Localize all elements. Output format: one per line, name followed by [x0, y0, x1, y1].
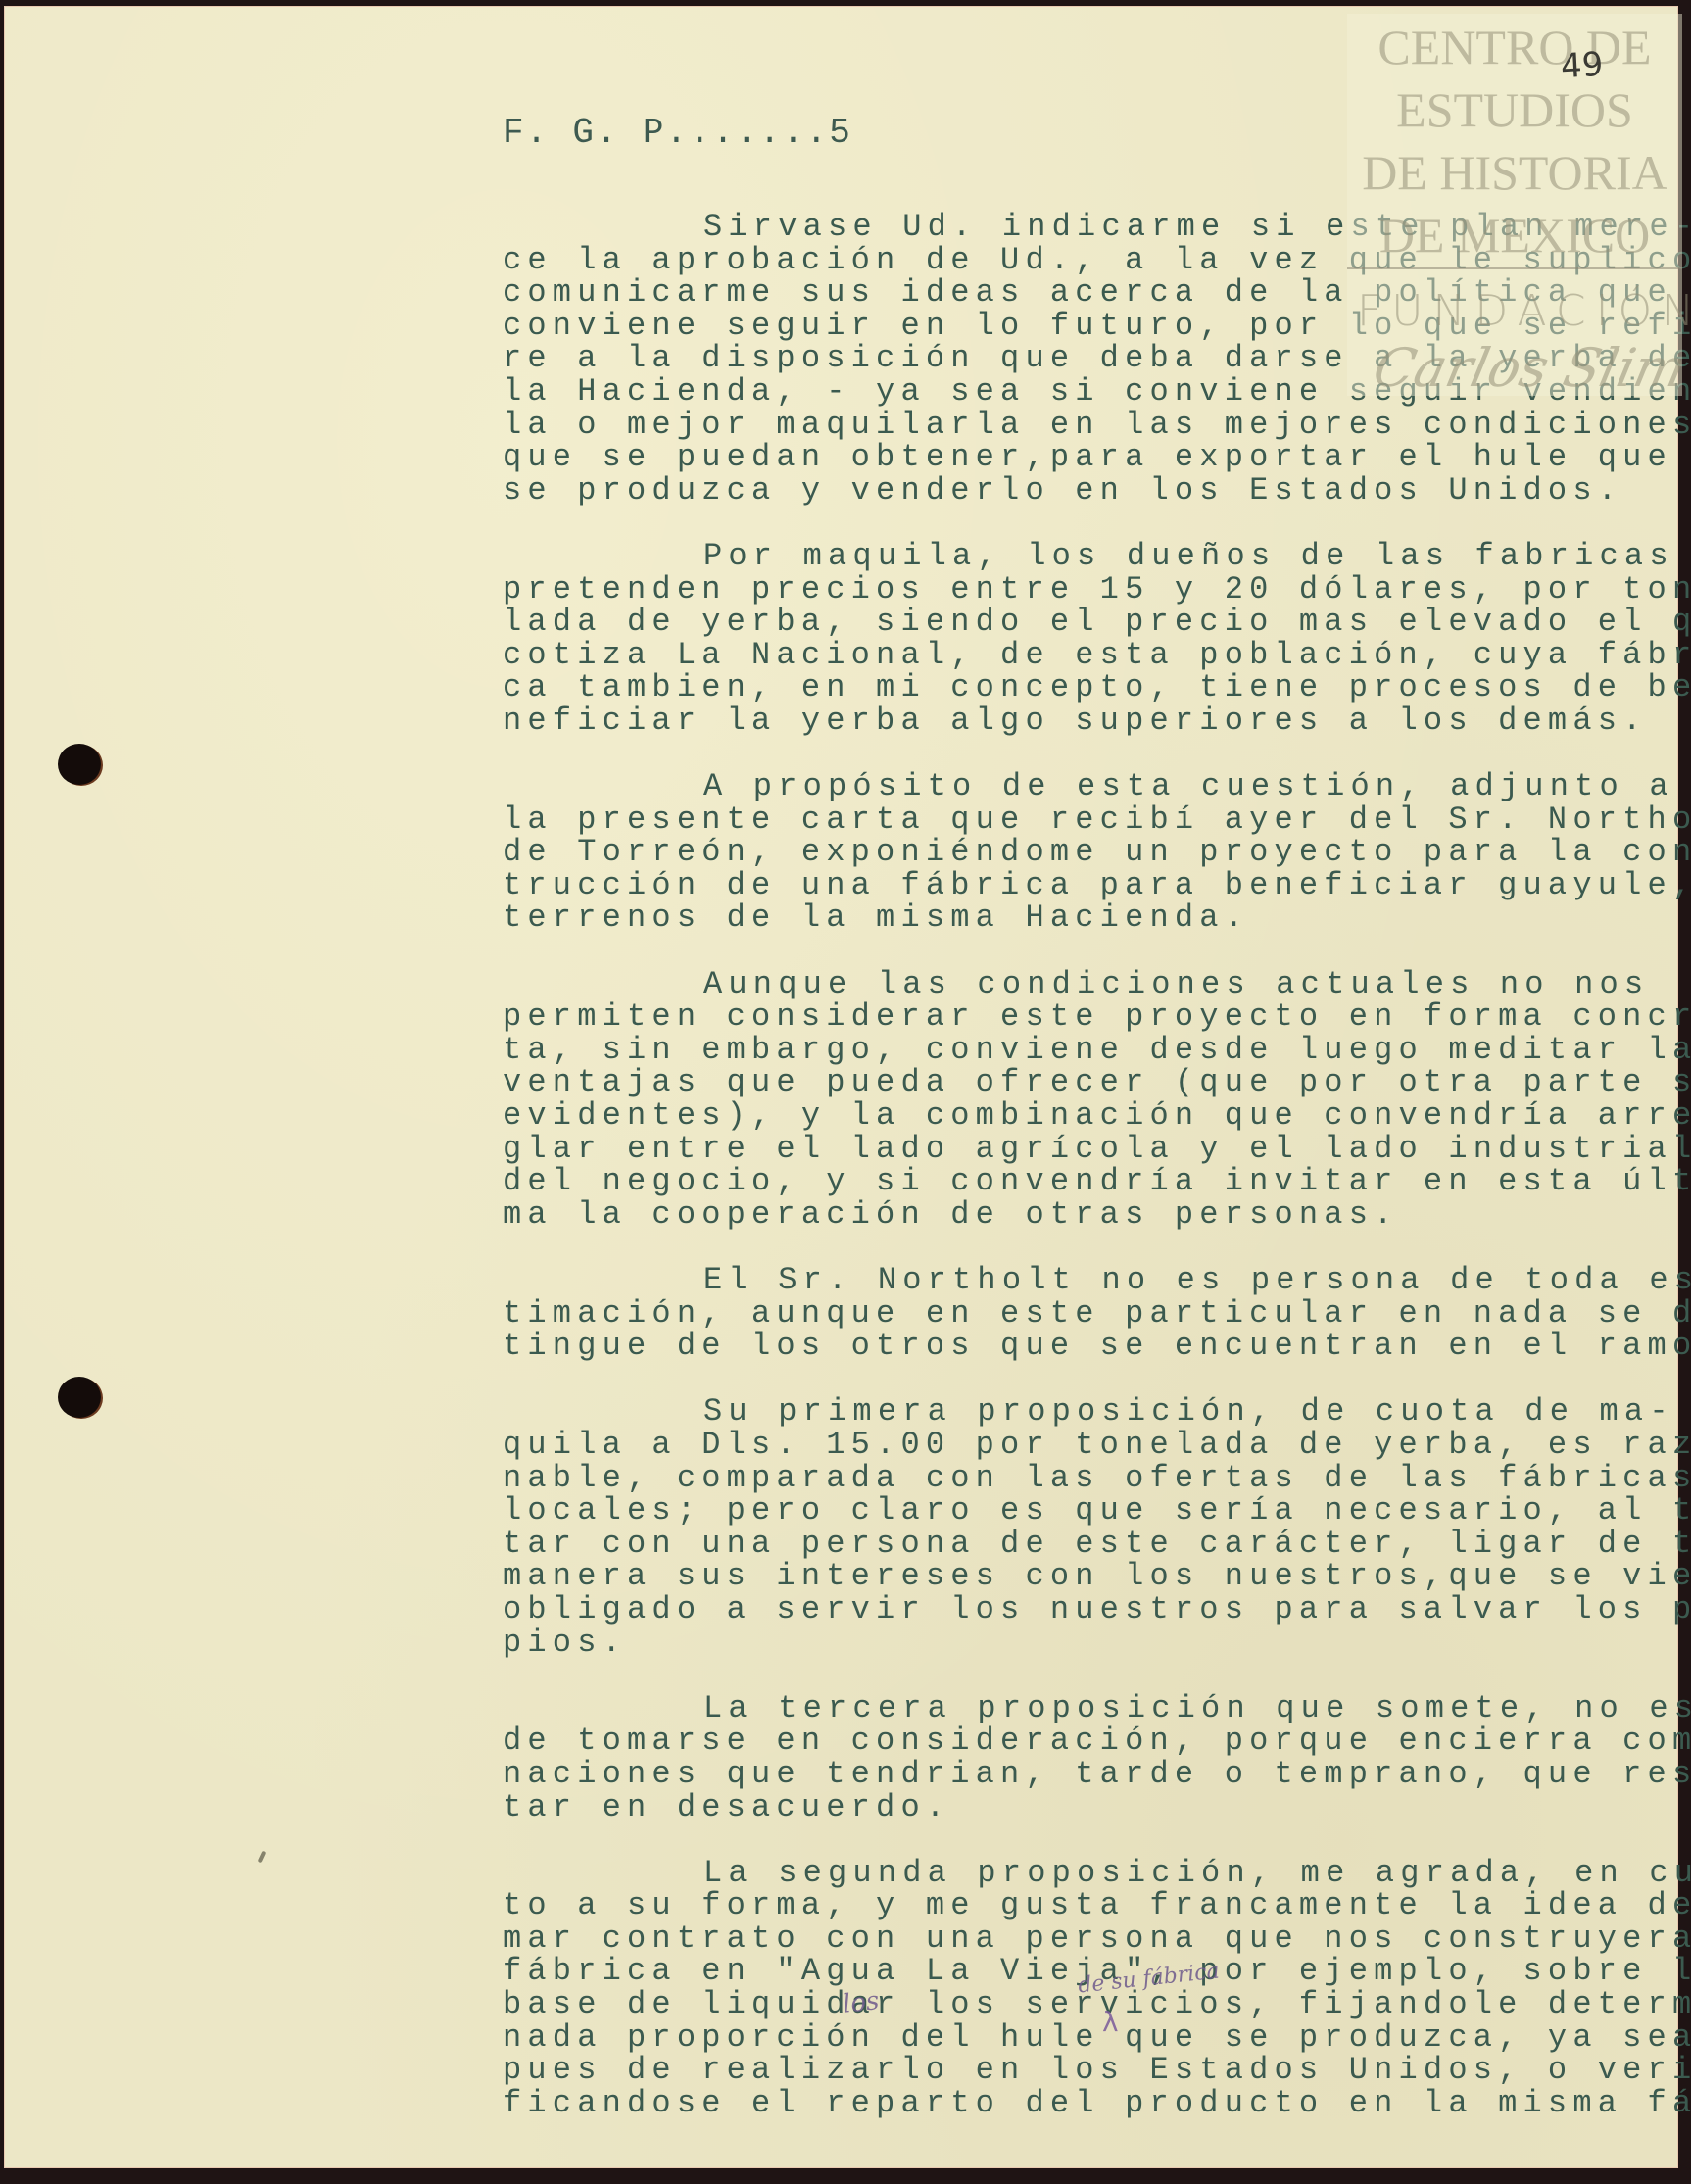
text-line: nada proporción del hule que se produzca… [503, 2021, 1659, 2055]
paragraph: A propósito de esta cuestión, adjunto a … [503, 770, 1659, 935]
text-line: La segunda proposición, me agrada, en cu… [503, 1857, 1659, 1890]
text-line: to a su forma, y me gusta francamente la… [503, 1889, 1659, 1922]
text-line: Aunque las condiciones actuales no nos [503, 968, 1659, 1001]
text-line: mar contrato con una persona que nos con… [503, 1922, 1659, 1956]
text-line: lada de yerba, siendo el precio mas elev… [503, 606, 1659, 639]
text-line: tar con una persona de este carácter, li… [503, 1528, 1659, 1561]
watermark-line: CENTRO DE [1347, 16, 1682, 78]
text-line: quila a Dls. 15.00 por tonelada de yerba… [503, 1429, 1659, 1462]
text-line: evidentes), y la combinación que convend… [503, 1099, 1659, 1133]
watermark-divider [1347, 267, 1682, 269]
header-reference: F. G. P.......5 [503, 113, 852, 153]
text-line: neficiar la yerba algo superiores a los … [503, 704, 1659, 738]
text-line: cotiza La Nacional, de esta población, c… [503, 639, 1659, 672]
text-line: nable, comparada con las ofertas de las … [503, 1462, 1659, 1495]
text-line: ma la cooperación de otras personas. [503, 1198, 1659, 1232]
text-line: tingue de los otros que se encuentran en… [503, 1330, 1659, 1363]
text-line: Por maquila, los dueños de las fabricas [503, 540, 1659, 573]
text-line: pios. [503, 1626, 1659, 1660]
text-line: La tercera proposición que somete, no es [503, 1692, 1659, 1725]
watermark-fundacion: FUNDACIÓN [1357, 286, 1682, 336]
text-line: locales; pero claro es que sería necesar… [503, 1494, 1659, 1528]
text-line: manera sus intereses con los nuestros,qu… [503, 1560, 1659, 1593]
paper-mark [258, 1851, 266, 1864]
text-line: se produzca y venderlo en los Estados Un… [503, 474, 1659, 508]
text-line: Su primera proposición, de cuota de ma- [503, 1395, 1659, 1429]
text-line: A propósito de esta cuestión, adjunto a [503, 770, 1659, 803]
paragraph: El Sr. Northolt no es persona de toda es… [503, 1264, 1659, 1363]
watermark-line: ESTUDIOS [1347, 78, 1682, 141]
watermark-line: DE MEXICO [1347, 204, 1682, 267]
text-line: que se puedan obtener,para exportar el h… [503, 441, 1659, 474]
punch-hole-top [58, 744, 101, 785]
text-line: glar entre el lado agrícola y el lado in… [503, 1133, 1659, 1166]
text-line: ta, sin embargo, conviene desde luego me… [503, 1034, 1659, 1067]
watermark-line: DE HISTORIA [1347, 141, 1682, 204]
handwritten-page-number: 49 [1560, 45, 1604, 86]
text-line: pretenden precios entre 15 y 20 dólares,… [503, 573, 1659, 607]
text-line: ficandose el reparto del producto en la … [503, 2087, 1659, 2120]
text-line: la o mejor maquilarla en las mejores con… [503, 409, 1659, 442]
text-line: la presente carta que recibí ayer del Sr… [503, 803, 1659, 837]
insertion-caret-icon: λ [1102, 2006, 1119, 2038]
text-line: trucción de una fábrica para beneficiar … [503, 869, 1659, 902]
paragraph: Su primera proposición, de cuota de ma- … [503, 1395, 1659, 1659]
handwritten-overwrite: los [842, 1986, 881, 2019]
text-line: ca tambien, en mi concepto, tiene proces… [503, 671, 1659, 704]
text-line: terrenos de la misma Hacienda. [503, 901, 1659, 935]
paragraph: La tercera proposición que somete, no es… [503, 1692, 1659, 1823]
text-line: permiten considerar este proyecto en for… [503, 1000, 1659, 1034]
punch-hole-bottom [58, 1377, 101, 1418]
text-line: tar en desacuerdo. [503, 1791, 1659, 1824]
text-line: de tomarse en consideración, porque enci… [503, 1724, 1659, 1758]
watermark-signature: Carlos Slim [1368, 337, 1691, 399]
text-line: pues de realizarlo en los Estados Unidos… [503, 2054, 1659, 2087]
text-line: naciones que tendrian, tarde o temprano,… [503, 1758, 1659, 1791]
text-line: timación, aunque en este particular en n… [503, 1297, 1659, 1331]
archive-watermark: CENTRO DE ESTUDIOS DE HISTORIA DE MEXICO… [1347, 14, 1682, 396]
paragraph: Por maquila, los dueños de las fabricas … [503, 540, 1659, 738]
text-line: de Torreón, exponiéndome un proyecto par… [503, 836, 1659, 869]
text-line: ventajas que pueda ofrecer (que por otra… [503, 1066, 1659, 1099]
letter-body: Sirvase Ud. indicarme si este plan mere-… [503, 211, 1659, 2153]
watermark-title: CENTRO DE ESTUDIOS DE HISTORIA DE MEXICO [1347, 16, 1682, 267]
text-line: del negocio, y si convendría invitar en … [503, 1165, 1659, 1198]
paragraph: Aunque las condiciones actuales no nos p… [503, 968, 1659, 1232]
text-line: El Sr. Northolt no es persona de toda es… [503, 1264, 1659, 1297]
text-line: obligado a servir los nuestros para salv… [503, 1593, 1659, 1626]
document-page: F. G. P.......5 Sirvase Ud. indicarme si… [5, 7, 1677, 2167]
